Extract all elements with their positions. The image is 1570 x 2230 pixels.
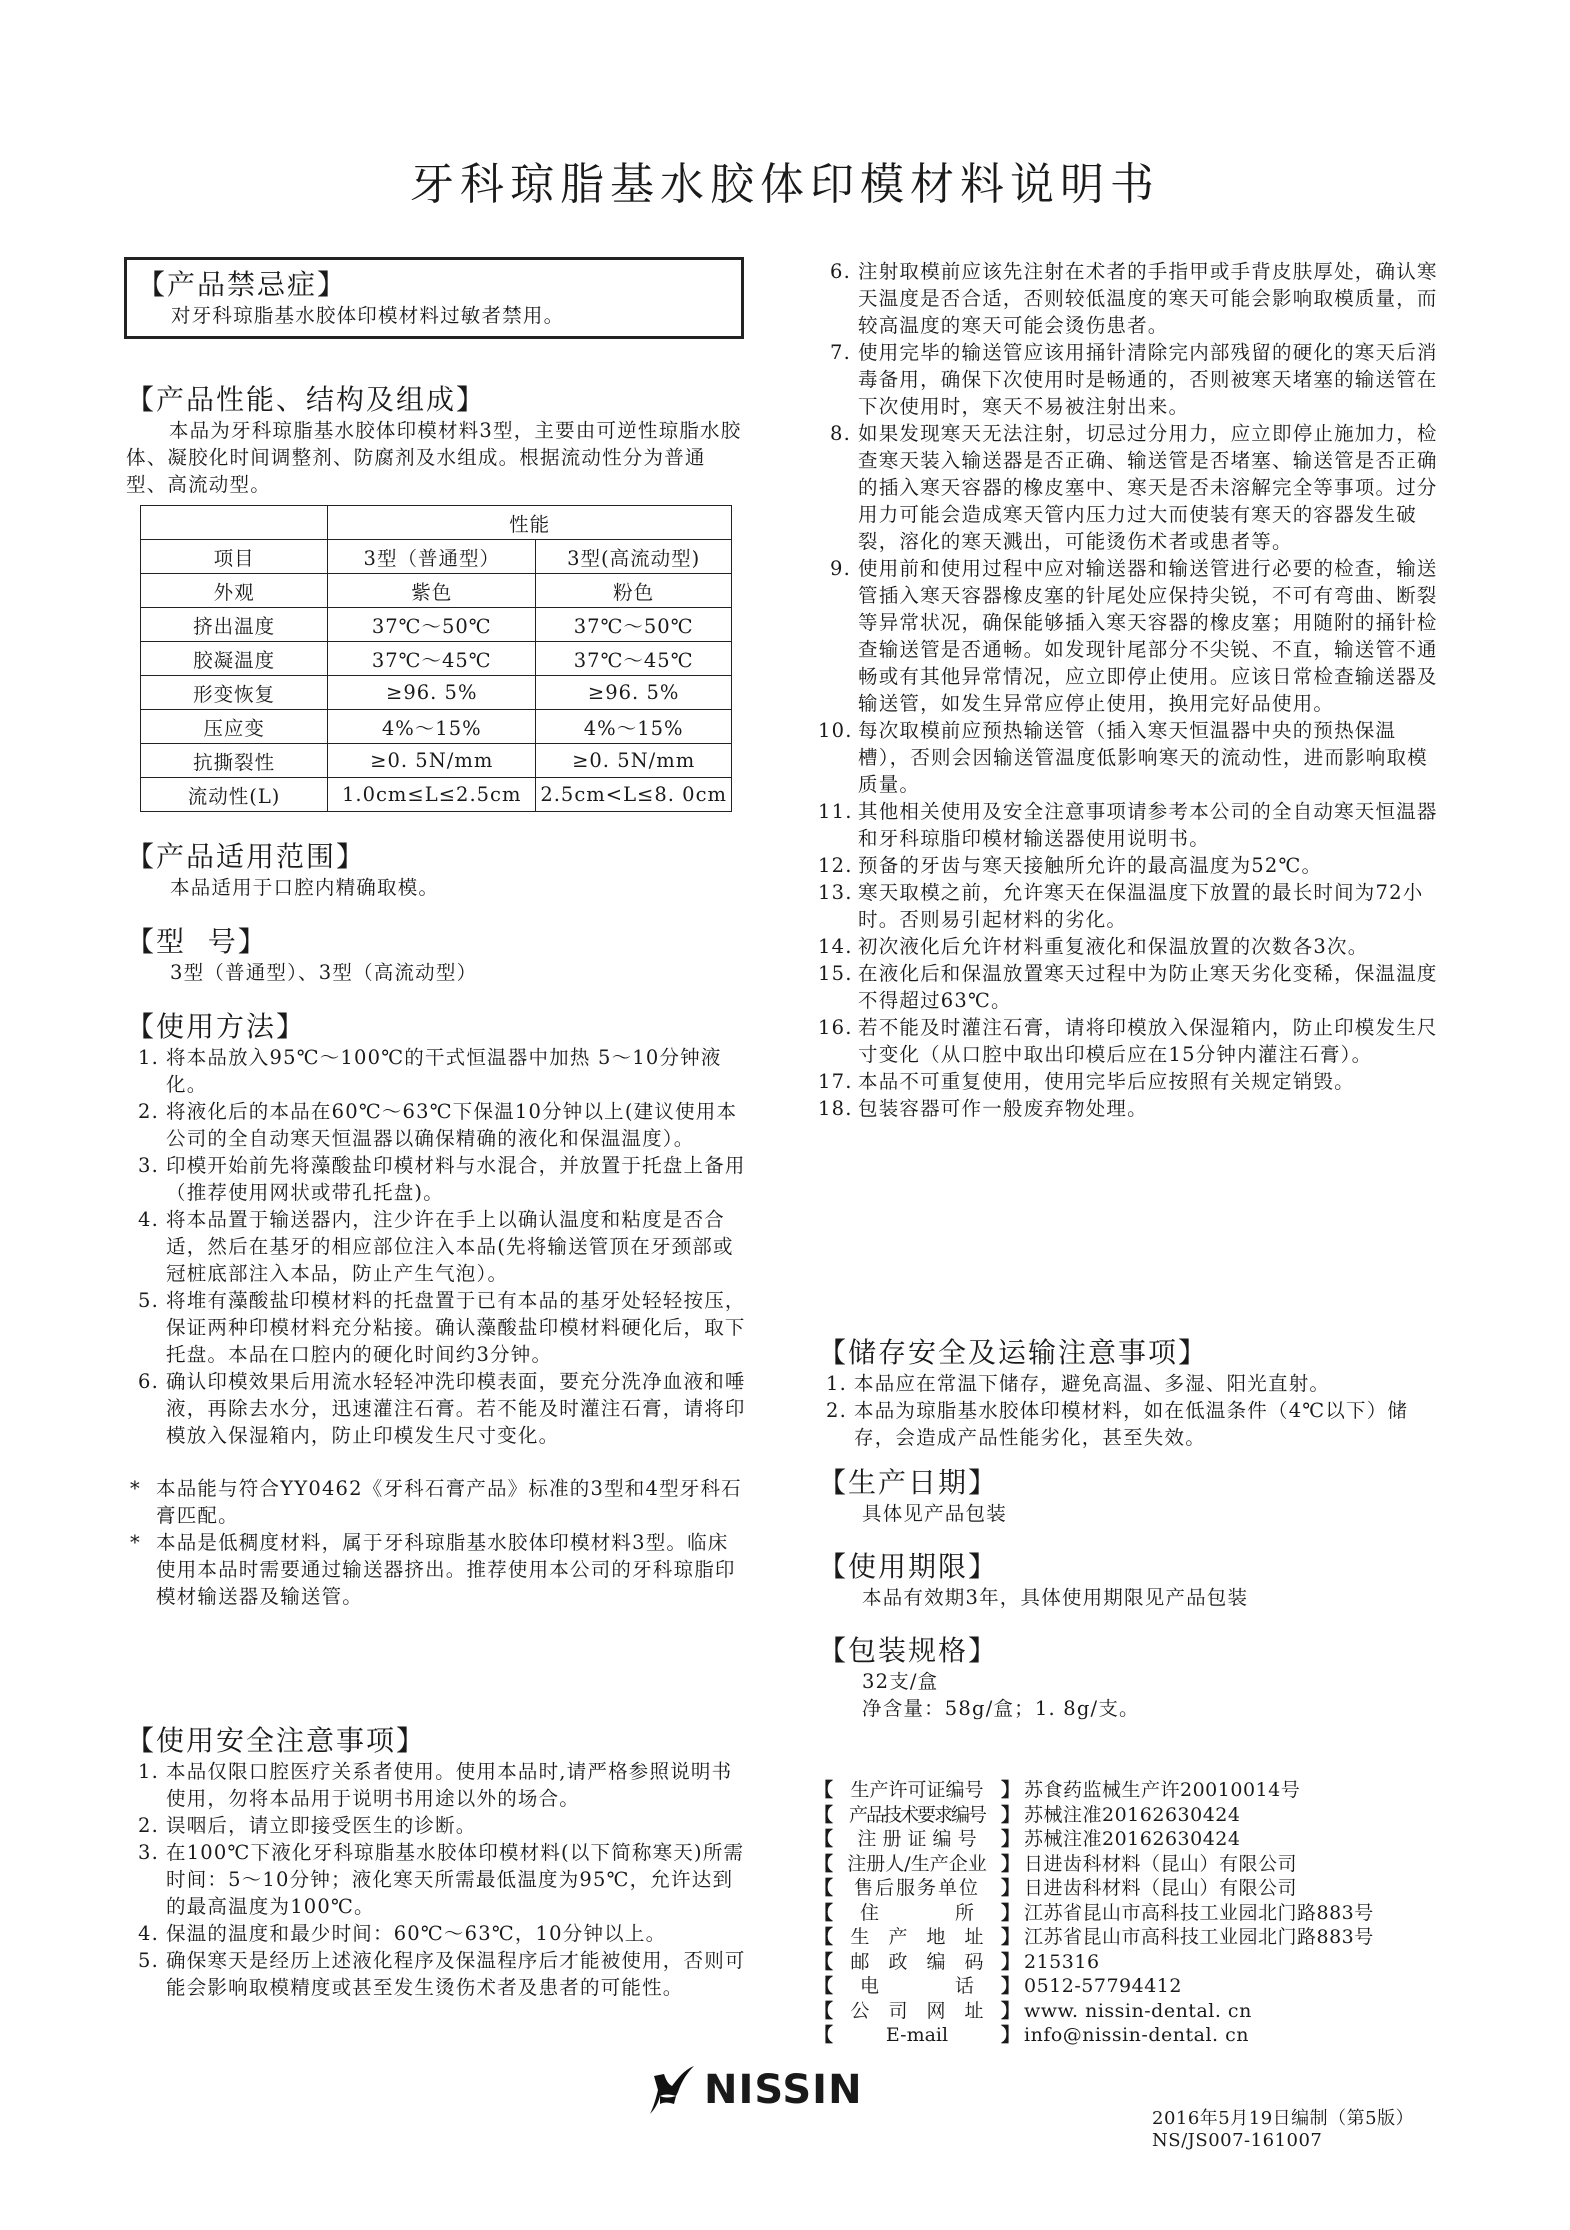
list-item: 14.初次液化后允许材料重复液化和保温放置的次数各3次。	[818, 933, 1448, 960]
packaging-line2: 净含量：58g/盒；1. 8g/支。	[818, 1695, 1448, 1722]
email-link[interactable]: info@nissin-dental. cn	[1020, 2023, 1249, 2048]
info-row: 【生产许可证编号】苏食药监械生产许20010014号	[814, 1778, 1374, 1803]
info-row: 【生 产 地 址】江苏省昆山市高科技工业园北门路883号	[814, 1925, 1374, 1950]
expiry-section: 【使用期限】 本品有效期3年，具体使用期限见产品包装	[818, 1550, 1448, 1611]
usage-heading: 【使用方法】	[126, 1010, 746, 1044]
composition-heading: 【产品性能、结构及组成】	[126, 383, 746, 417]
list-item: 5.确保寒天是经历上述液化程序及保温程序后才能被使用，否则可能会影响取模精度或甚…	[138, 1947, 746, 2001]
list-item: 10.每次取模前应预热输送管（插入寒天恒温器中央的预热保温槽），否则会因输送管温…	[818, 717, 1448, 798]
packaging-line1: 32支/盒	[818, 1668, 1448, 1695]
list-item: 6.注射取模前应该先注射在术者的手指甲或手背皮肤厚处，确认寒天温度是否合适，否则…	[818, 258, 1448, 339]
list-item: 13.寒天取模之前，允许寒天在保温温度下放置的最长时间为72小时。否则易引起材料…	[818, 879, 1448, 933]
list-item: 18.包装容器可作一般废弃物处理。	[818, 1095, 1448, 1122]
info-row: 【公 司 网 址】www. nissin-dental. cn	[814, 1999, 1374, 2024]
list-item: 1.本品应在常温下储存，避免高温、多湿、阳光直射。	[826, 1370, 1448, 1397]
list-item: 16.若不能及时灌注石膏，请将印模放入保湿箱内，防止印模发生尺寸变化（从口腔中取…	[818, 1014, 1448, 1068]
usage-list: 1.将本品放入95℃～100℃的干式恒温器中加热 5～10分钟液化。 2.将液化…	[126, 1044, 746, 1449]
table-row: 抗撕裂性≥0. 5N/mm≥0. 5N/mm	[141, 744, 732, 778]
list-item: 6.确认印模效果后用流水轻轻冲洗印模表面，要充分洗净血液和唾液，再除去水分，迅速…	[138, 1368, 746, 1449]
note-item: *本品能与符合YY0462《牙科石膏产品》标准的3型和4型牙科石膏匹配。	[130, 1475, 746, 1529]
scope-section: 【产品适用范围】 本品适用于口腔内精确取模。	[126, 840, 746, 901]
list-item: 4.保温的温度和最少时间：60℃～63℃，10分钟以上。	[138, 1920, 746, 1947]
safety-heading: 【使用安全注意事项】	[126, 1724, 746, 1758]
properties-table-wrap: 性能 项目 3型（普通型） 3型(高流动型) 外观紫色粉色 挤出温度37℃～50…	[120, 505, 732, 812]
list-item: 11.其他相关使用及安全注意事项请参考本公司的全自动寒天恒温器和牙科琼脂印模材输…	[818, 798, 1448, 852]
properties-table: 性能 项目 3型（普通型） 3型(高流动型) 外观紫色粉色 挤出温度37℃～50…	[140, 505, 732, 812]
usage-notes: *本品能与符合YY0462《牙科石膏产品》标准的3型和4型牙科石膏匹配。 *本品…	[126, 1475, 746, 1610]
contraindication-text: 对牙科琼脂基水胶体印模材料过敏者禁用。	[137, 302, 731, 329]
list-item: 1.将本品放入95℃～100℃的干式恒温器中加热 5～10分钟液化。	[138, 1044, 746, 1098]
safety-section-part2: 6.注射取模前应该先注射在术者的手指甲或手背皮肤厚处，确认寒天温度是否合适，否则…	[818, 258, 1448, 1122]
info-row: 【售后服务单位】日进齿科材料（昆山）有限公司	[814, 1876, 1374, 1901]
composition-section: 【产品性能、结构及组成】 本品为牙科琼脂基水胶体印模材料3型，主要由可逆性琼脂水…	[126, 383, 746, 498]
nissin-logo: NISSIN	[648, 2062, 863, 2118]
nissin-mark-icon	[648, 2062, 698, 2118]
expiry-text: 本品有效期3年，具体使用期限见产品包装	[818, 1584, 1448, 1611]
document-title: 牙科琼脂基水胶体印模材料说明书	[0, 148, 1570, 212]
expiry-heading: 【使用期限】	[818, 1550, 1448, 1584]
list-item: 4.将本品置于输送器内，注少许在手上以确认温度和粘度是否合适，然后在基牙的相应部…	[138, 1206, 746, 1287]
info-row: 【邮 政 编 码】215316	[814, 1950, 1374, 1975]
info-row: 【注册人/生产企业】日进齿科材料（昆山）有限公司	[814, 1852, 1374, 1877]
storage-list: 1.本品应在常温下储存，避免高温、多湿、阳光直射。 2.本品为琼脂基水胶体印模材…	[818, 1370, 1448, 1451]
document-code: NS/JS007-161007	[1152, 2130, 1414, 2152]
edition-date: 2016年5月19日编制（第5版）	[1152, 2108, 1414, 2130]
model-text: 3型（普通型）、3型（高流动型）	[126, 959, 746, 986]
info-row: 【E-mail】info@nissin-dental. cn	[814, 2023, 1374, 2048]
list-item: 3.印模开始前先将藻酸盐印模材料与水混合，并放置于托盘上备用（推荐使用网状或带孔…	[138, 1152, 746, 1206]
registration-info: 【生产许可证编号】苏食药监械生产许20010014号 【产品技术要求编号】苏械注…	[814, 1778, 1374, 2048]
list-item: 15.在液化后和保温放置寒天过程中为防止寒天劣化变稀，保温温度不得超过63℃。	[818, 960, 1448, 1014]
packaging-section: 【包装规格】 32支/盒 净含量：58g/盒；1. 8g/支。	[818, 1634, 1448, 1722]
list-item: 2.本品为琼脂基水胶体印模材料，如在低温条件（4℃以下）储存，会造成产品性能劣化…	[826, 1397, 1448, 1451]
list-item: 9.使用前和使用过程中应对输送器和输送管进行必要的检查，输送管插入寒天容器橡皮塞…	[818, 555, 1448, 717]
table-header-type-a: 3型（普通型）	[328, 540, 536, 574]
production-date-heading: 【生产日期】	[818, 1466, 1448, 1500]
model-section: 【型 号】 3型（普通型）、3型（高流动型）	[126, 925, 746, 986]
list-item: 2.将液化后的本品在60℃～63℃下保温10分钟以上(建议使用本公司的全自动寒天…	[138, 1098, 746, 1152]
info-row: 【住 所】江苏省昆山市高科技工业园北门路883号	[814, 1901, 1374, 1926]
note-item: *本品是低稠度材料，属于牙科琼脂基水胶体印模材料3型。临床使用本品时需要通过输送…	[130, 1529, 746, 1610]
table-row: 流动性(L)1.0cm≤L≤2.5cm2.5cm<L≤8. 0cm	[141, 778, 732, 812]
contraindication-heading: 【产品禁忌症】	[137, 268, 731, 302]
logo-text: NISSIN	[704, 2067, 863, 2113]
table-row: 胶凝温度37℃～45℃37℃～45℃	[141, 642, 732, 676]
list-item: 1.本品仅限口腔医疗关系者使用。使用本品时,请严格参照说明书使用，勿将本品用于说…	[138, 1758, 746, 1812]
packaging-heading: 【包装规格】	[818, 1634, 1448, 1668]
info-row: 【电 话】0512-57794412	[814, 1974, 1374, 1999]
table-row: 挤出温度37℃～50℃37℃～50℃	[141, 608, 732, 642]
scope-heading: 【产品适用范围】	[126, 840, 746, 874]
storage-section: 【储存安全及运输注意事项】 1.本品应在常温下储存，避免高温、多湿、阳光直射。 …	[818, 1336, 1448, 1451]
info-row: 【注 册 证 编 号】苏械注准20162630424	[814, 1827, 1374, 1852]
list-item: 12.预备的牙齿与寒天接触所允许的最高温度为52℃。	[818, 852, 1448, 879]
scope-text: 本品适用于口腔内精确取模。	[126, 874, 746, 901]
table-row: 形变恢复≥96. 5%≥96. 5%	[141, 676, 732, 710]
list-item: 5.将堆有藻酸盐印模材料的托盘置于已有本品的基牙处轻轻按压，保证两种印模材料充分…	[138, 1287, 746, 1368]
contraindication-box: 【产品禁忌症】 对牙科琼脂基水胶体印模材料过敏者禁用。	[124, 257, 744, 339]
usage-section: 【使用方法】 1.将本品放入95℃～100℃的干式恒温器中加热 5～10分钟液化…	[126, 1010, 746, 1610]
list-item: 8.如果发现寒天无法注射，切忌过分用力，应立即停止施加力，检查寒天装入输送器是否…	[818, 420, 1448, 555]
table-row: 外观紫色粉色	[141, 574, 732, 608]
list-item: 2.误咽后，请立即接受医生的诊断。	[138, 1812, 746, 1839]
table-header-item: 项目	[141, 540, 328, 574]
safety-section-part1: 【使用安全注意事项】 1.本品仅限口腔医疗关系者使用。使用本品时,请严格参照说明…	[126, 1724, 746, 2001]
website-link[interactable]: www. nissin-dental. cn	[1020, 1999, 1252, 2024]
table-group-header: 性能	[328, 506, 732, 540]
production-date-text: 具体见产品包装	[818, 1500, 1448, 1527]
footer: 2016年5月19日编制（第5版） NS/JS007-161007	[1152, 2108, 1414, 2152]
list-item: 7.使用完毕的输送管应该用捅针清除完内部残留的硬化的寒天后消毒备用，确保下次使用…	[818, 339, 1448, 420]
table-row: 压应变4%～15%4%～15%	[141, 710, 732, 744]
safety-list-right: 6.注射取模前应该先注射在术者的手指甲或手背皮肤厚处，确认寒天温度是否合适，否则…	[818, 258, 1448, 1122]
composition-text: 本品为牙科琼脂基水胶体印模材料3型，主要由可逆性琼脂水胶体、凝胶化时间调整剂、防…	[126, 417, 746, 498]
production-date-section: 【生产日期】 具体见产品包装	[818, 1466, 1448, 1527]
table-header-type-b: 3型(高流动型)	[536, 540, 732, 574]
list-item: 17.本品不可重复使用，使用完毕后应按照有关规定销毁。	[818, 1068, 1448, 1095]
model-heading: 【型 号】	[126, 925, 746, 959]
list-item: 3.在100℃下液化牙科琼脂基水胶体印模材料(以下简称寒天)所需时间：5～10分…	[138, 1839, 746, 1920]
info-row: 【产品技术要求编号】苏械注准20162630424	[814, 1803, 1374, 1828]
storage-heading: 【储存安全及运输注意事项】	[818, 1336, 1448, 1370]
safety-list-left: 1.本品仅限口腔医疗关系者使用。使用本品时,请严格参照说明书使用，勿将本品用于说…	[126, 1758, 746, 2001]
